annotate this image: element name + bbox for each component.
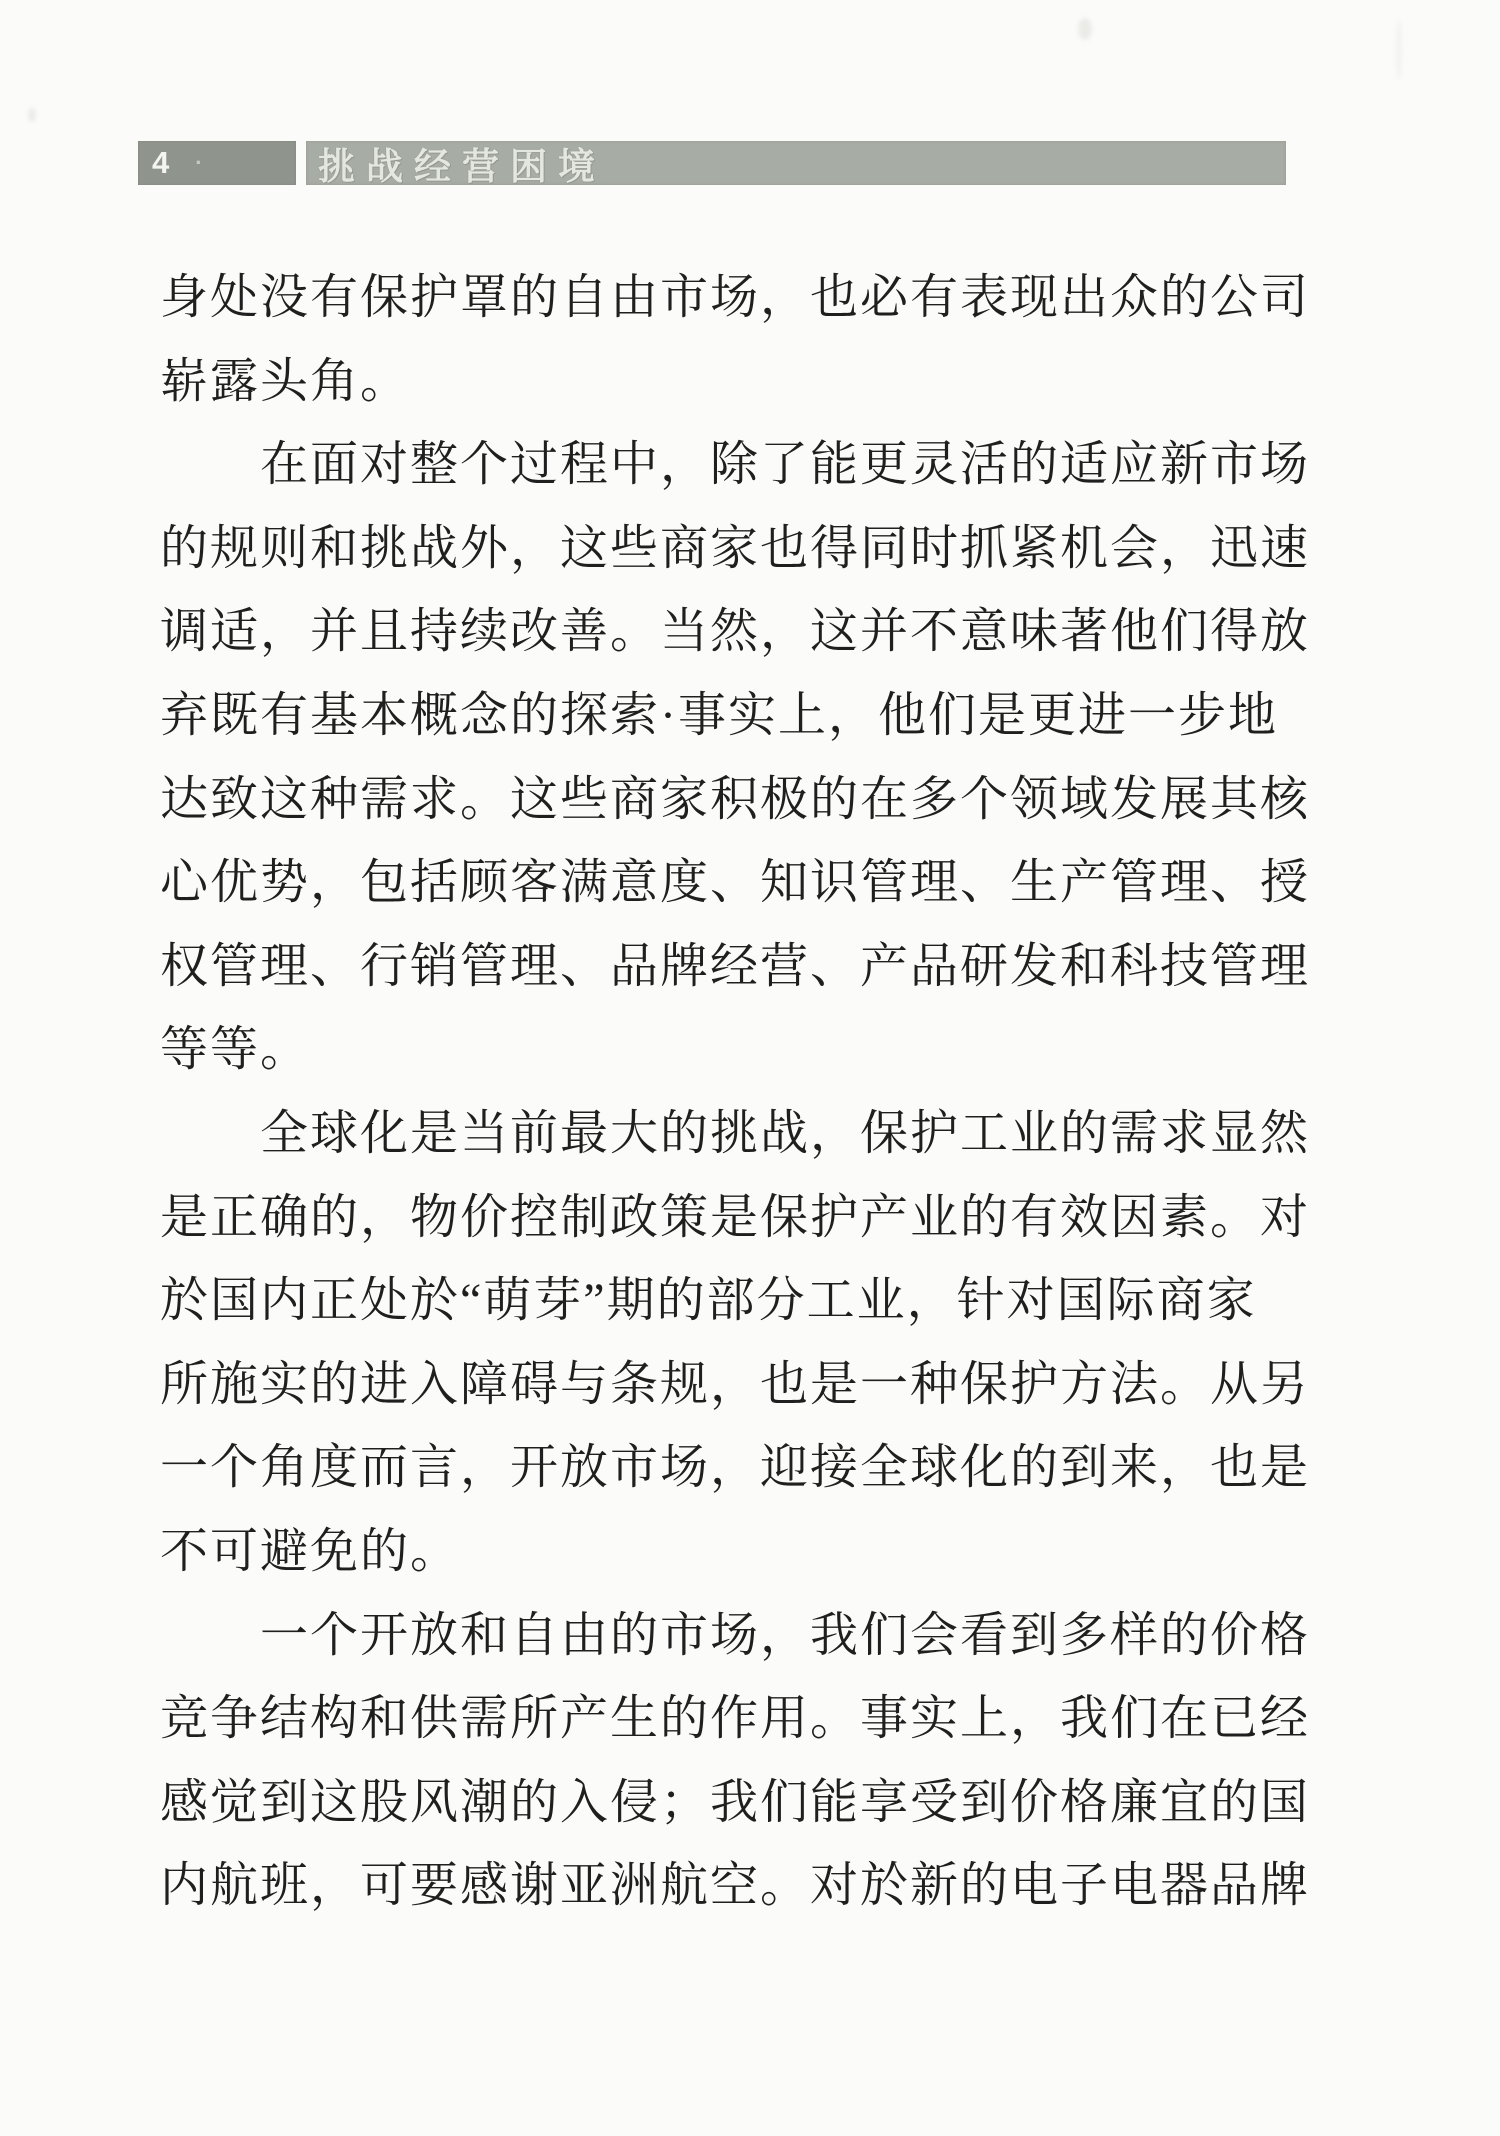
text-line: 不可避免的。 xyxy=(160,1510,1315,1594)
text-line: 身处没有保护罩的自由市场，也必有表现出众的公司 xyxy=(160,256,1315,340)
scan-artifact xyxy=(1078,18,1092,40)
text-line: 一个角度而言，开放市场，迎接全球化的到来，也是 xyxy=(160,1426,1315,1510)
chapter-title-bar: 挑战经营困境 xyxy=(306,141,1286,185)
text-line: 等等。 xyxy=(160,1008,1315,1092)
text-line: 权管理、行销管理、品牌经营、产品研发和科技管理 xyxy=(160,925,1315,1009)
page-number-box: 4 · xyxy=(138,141,296,185)
scan-artifact xyxy=(1396,20,1402,80)
scan-artifact xyxy=(28,108,36,122)
page-body: 身处没有保护罩的自由市场，也必有表现出众的公司崭露头角。在面对整个过程中，除了能… xyxy=(160,256,1315,1928)
header-separator-dot: · xyxy=(195,150,202,176)
text-line: 一个开放和自由的市场，我们会看到多样的价格 xyxy=(160,1594,1315,1678)
text-line: 弃既有基本概念的探索·事实上，他们是更进一步地 xyxy=(160,674,1315,758)
text-line: 所施实的进入障碍与条规，也是一种保护方法。从另 xyxy=(160,1343,1315,1427)
text-line: 於国内正处於“萌芽”期的部分工业，针对国际商家 xyxy=(160,1259,1315,1343)
page-header: 4 · 挑战经营困境 xyxy=(138,141,1286,185)
page-number: 4 xyxy=(152,145,169,181)
text-line: 全球化是当前最大的挑战，保护工业的需求显然 xyxy=(160,1092,1315,1176)
book-title: 挑战经营困境 xyxy=(318,136,606,190)
text-line: 心优势，包括顾客满意度、知识管理、生产管理、授 xyxy=(160,841,1315,925)
text-line: 调适，并且持续改善。当然，这并不意味著他们得放 xyxy=(160,590,1315,674)
header-gap xyxy=(296,141,306,185)
text-line: 的规则和挑战外，这些商家也得同时抓紧机会，迅速 xyxy=(160,507,1315,591)
text-line: 在面对整个过程中，除了能更灵活的适应新市场 xyxy=(160,423,1315,507)
text-line: 崭露头角。 xyxy=(160,340,1315,424)
text-line: 是正确的，物价控制政策是保护产业的有效因素。对 xyxy=(160,1176,1315,1260)
text-line: 感觉到这股风潮的入侵；我们能享受到价格廉宜的国 xyxy=(160,1761,1315,1845)
text-line: 达致这种需求。这些商家积极的在多个领域发展其核 xyxy=(160,758,1315,842)
text-line: 内航班，可要感谢亚洲航空。对於新的电子电器品牌 xyxy=(160,1844,1315,1928)
text-line: 竞争结构和供需所产生的作用。事实上，我们在已经 xyxy=(160,1677,1315,1761)
